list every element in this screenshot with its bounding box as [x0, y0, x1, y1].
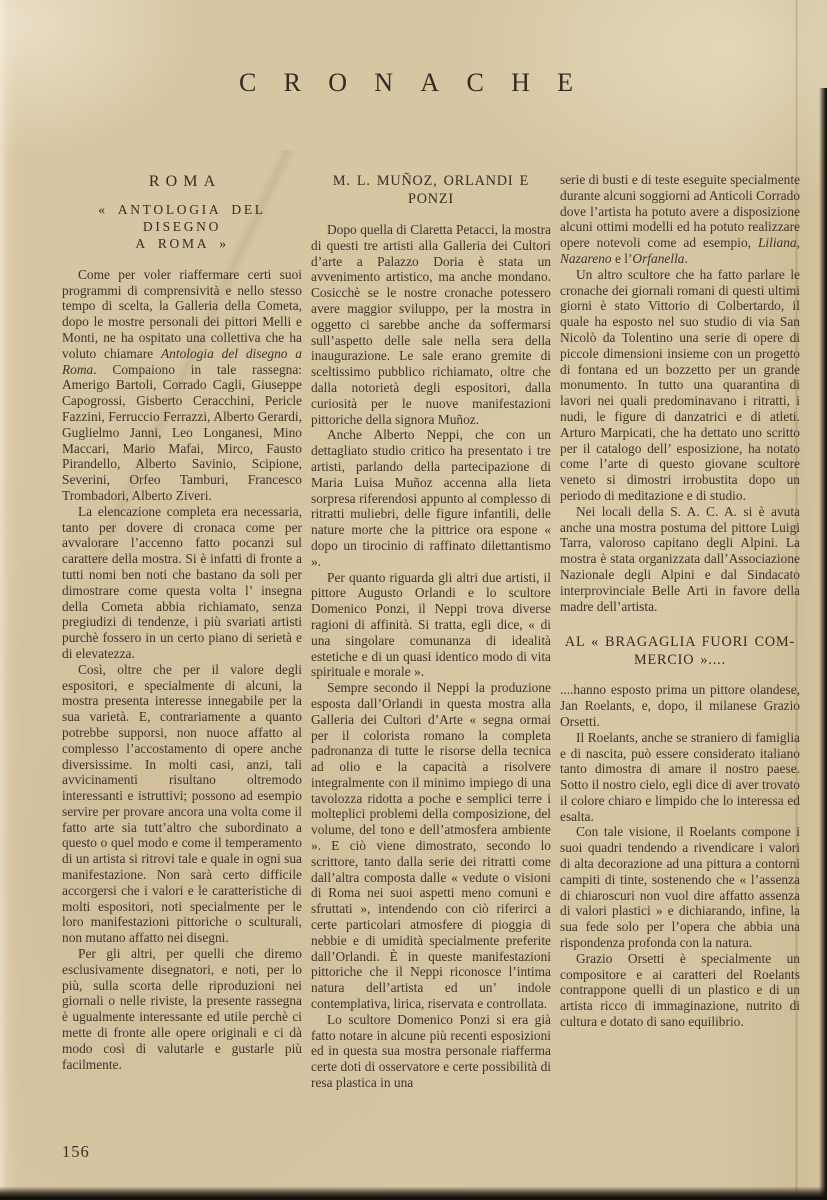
body-paragraph: Un altro scultore che ha fatto parlare l… [560, 267, 800, 504]
page-number: 156 [62, 1142, 90, 1162]
body-paragraph: Così, oltre che per il valore degli espo… [62, 662, 302, 946]
right-page-edge-shadow [819, 88, 827, 1200]
article-heading-bragaglia-line2: MERCIO ».... [560, 651, 800, 669]
body-paragraph: ....hanno esposto prima un pittore oland… [560, 682, 800, 729]
article-subheading: « ANTOLOGIA DEL DISEGNO A ROMA » [62, 201, 302, 252]
body-paragraph: Per gli altri, per quelli che diremo esc… [62, 946, 302, 1072]
body-paragraph: Il Roelants, anche se straniero di famig… [560, 730, 800, 825]
article-heading-bragaglia: AL « BRAGAGLIA FUORI COM- MERCIO ».... [560, 633, 800, 669]
article-subheading-line2: A ROMA » [62, 235, 302, 252]
scanned-page: CRONACHE ROMA « ANTOLOGIA DEL DISEGNO A … [0, 0, 827, 1200]
article-heading-munoz: M. L. MUÑOZ, ORLANDI E PONZI [311, 172, 551, 208]
section-heading-roma: ROMA [62, 174, 302, 190]
body-paragraph: Per quanto riguarda gli altri due artist… [311, 570, 551, 681]
article-subheading-line1: « ANTOLOGIA DEL DISEGNO [62, 201, 302, 235]
column-left: ROMA « ANTOLOGIA DEL DISEGNO A ROMA » Co… [62, 172, 302, 1091]
body-paragraph: Con tale visione, il Roelants compone i … [560, 824, 800, 950]
body-paragraph: Nei locali della S. A. C. A. si è avuta … [560, 504, 800, 615]
body-paragraph: Anche Alberto Neppi, che con un dettagli… [311, 427, 551, 569]
body-paragraph: Come per voler riaffermare certi suoi pr… [62, 267, 302, 504]
article-columns: ROMA « ANTOLOGIA DEL DISEGNO A ROMA » Co… [62, 172, 802, 1091]
article-heading-bragaglia-line1: AL « BRAGAGLIA FUORI COM- [560, 633, 800, 651]
body-paragraph: La elencazione completa era necessaria, … [62, 504, 302, 662]
bottom-page-edge-shadow [0, 1187, 827, 1200]
body-paragraph: Lo scultore Domenico Ponzi si era già fa… [311, 1012, 551, 1091]
body-paragraph: serie di busti e di teste eseguite speci… [560, 172, 800, 267]
body-paragraph: Grazio Orsetti è specialmente un composi… [560, 951, 800, 1030]
body-paragraph: Dopo quella di Claretta Petacci, la most… [311, 222, 551, 427]
masthead-title: CRONACHE [0, 68, 812, 98]
column-middle: M. L. MUÑOZ, ORLANDI E PONZI Dopo quella… [311, 172, 551, 1091]
body-paragraph: Sempre secondo il Neppi la produzione es… [311, 680, 551, 1012]
column-right: serie di busti e di teste eseguite speci… [560, 172, 800, 1091]
